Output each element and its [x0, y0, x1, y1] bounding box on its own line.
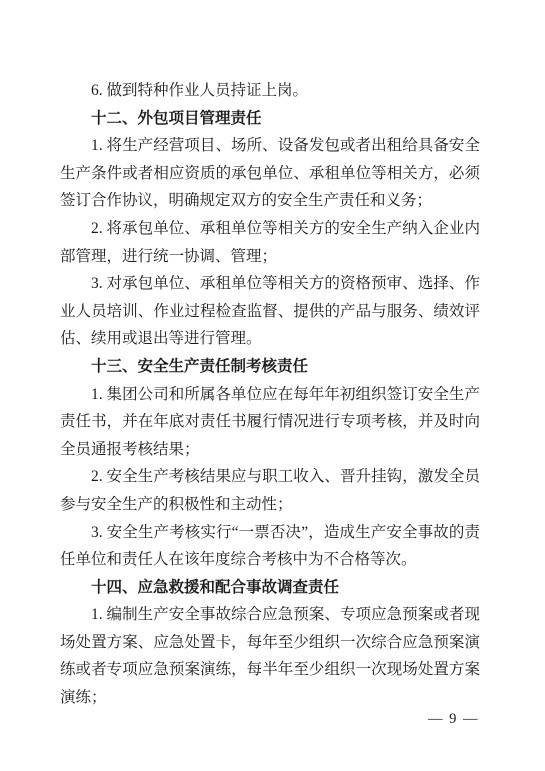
paragraph: 3. 对承包单位、承租单位等相关方的资格预审、选择、作业人员培训、作业过程检查监…: [60, 270, 480, 353]
paragraph: 1. 编制生产安全事故综合应急预案、专项应急预案或者现场处置方案、应急处置卡，每…: [60, 601, 480, 711]
paragraph: 6. 做到特种作业人员持证上岗。: [60, 77, 480, 105]
section-heading: 十二、外包项目管理责任: [60, 105, 480, 133]
paragraph: 1. 将生产经营项目、场所、设备发包或者出租给具备安全生产条件或者相应资质的承包…: [60, 132, 480, 215]
paragraph: 3. 安全生产考核实行“一票否决”，造成生产安全事故的责任单位和责任人在该年度综…: [60, 519, 480, 574]
document-body: 6. 做到特种作业人员持证上岗。十二、外包项目管理责任1. 将生产经营项目、场所…: [60, 77, 480, 712]
paragraph: 2. 将承包单位、承租单位等相关方的安全生产纳入企业内部管理，进行统一协调、管理…: [60, 215, 480, 270]
document-page: 6. 做到特种作业人员持证上岗。十二、外包项目管理责任1. 将生产经营项目、场所…: [0, 0, 545, 771]
paragraph: 2. 安全生产考核结果应与职工收入、晋升挂钩，激发全员参与安全生产的积极性和主动…: [60, 463, 480, 518]
section-heading: 十四、应急救援和配合事故调查责任: [60, 574, 480, 602]
page-number: — 9 —: [428, 711, 479, 728]
paragraph: 1. 集团公司和所属各单位应在每年年初组织签订安全生产责任书，并在年底对责任书履…: [60, 381, 480, 464]
section-heading: 十三、安全生产责任制考核责任: [60, 353, 480, 381]
